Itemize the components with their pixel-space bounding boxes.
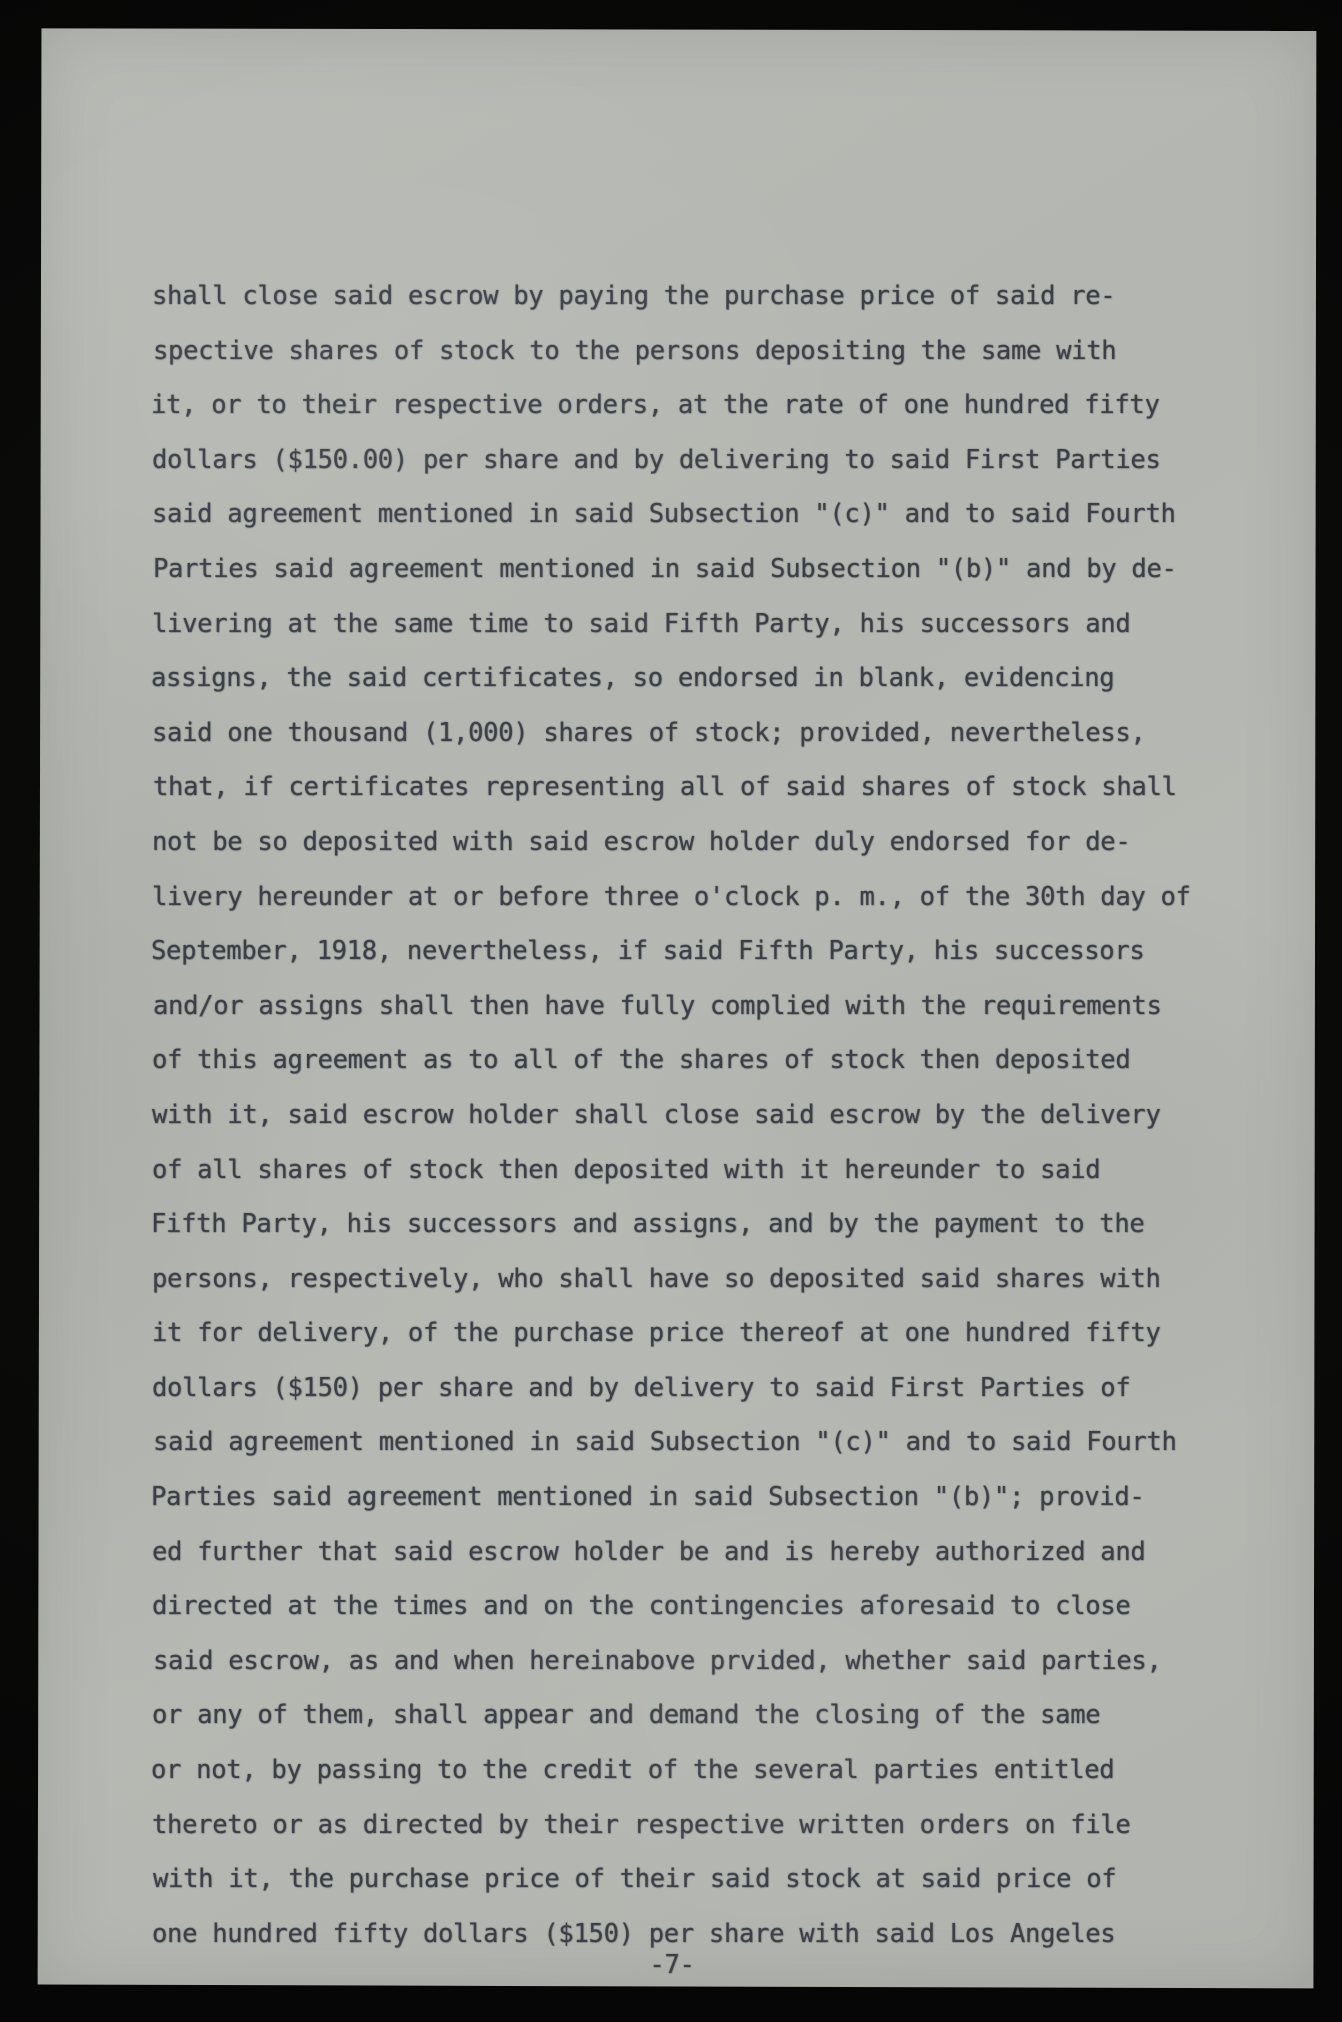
text-line: dollars ($150.00) per share and by deliv… (152, 433, 1247, 488)
text-line: persons, respectively, who shall have so… (152, 1252, 1247, 1307)
text-line: directed at the times and on the conting… (152, 1579, 1247, 1634)
text-line: not be so deposited with said escrow hol… (152, 815, 1247, 870)
text-line: said escrow, as and when hereinabove prv… (153, 1634, 1248, 1689)
text-line: of this agreement as to all of the share… (152, 1033, 1247, 1088)
text-line: or not, by passing to the credit of the … (151, 1743, 1246, 1798)
text-line: dollars ($150) per share and by delivery… (152, 1361, 1247, 1416)
text-line: said agreement mentioned in said Subsect… (153, 1415, 1248, 1470)
text-line: with it, said escrow holder shall close … (152, 1088, 1247, 1143)
text-line: with it, the purchase price of their sai… (153, 1852, 1248, 1907)
text-line: Fifth Party, his successors and assigns,… (151, 1197, 1246, 1252)
text-line: of all shares of stock then deposited wi… (152, 1143, 1247, 1198)
text-line: shall close said escrow by paying the pu… (152, 269, 1247, 324)
text-line: and/or assigns shall then have fully com… (153, 979, 1248, 1034)
text-line: spective shares of stock to the persons … (153, 324, 1248, 379)
document-page: shall close said escrow by paying the pu… (37, 26, 1317, 1990)
text-line: that, if certificates representing all o… (153, 760, 1248, 815)
text-line: Parties said agreement mentioned in said… (151, 1470, 1246, 1525)
document-text: shall close said escrow by paying the pu… (152, 269, 1247, 1961)
text-line: said agreement mentioned in said Subsect… (152, 487, 1247, 542)
page-number: -7- (152, 1938, 1192, 1993)
text-line: assigns, the said certificates, so endor… (151, 651, 1246, 706)
text-line: livery hereunder at or before three o'cl… (152, 870, 1247, 925)
text-line: ed further that said escrow holder be an… (152, 1525, 1247, 1580)
text-line: September, 1918, nevertheless, if said F… (151, 924, 1246, 979)
text-line: said one thousand (1,000) shares of stoc… (152, 706, 1247, 761)
text-line: Parties said agreement mentioned in said… (153, 542, 1248, 597)
text-line: it, or to their respective orders, at th… (151, 378, 1246, 433)
text-line: it for delivery, of the purchase price t… (152, 1306, 1247, 1361)
text-line: or any of them, shall appear and demand … (152, 1688, 1247, 1743)
text-line: thereto or as directed by their respecti… (152, 1798, 1247, 1853)
text-line: livering at the same time to said Fifth … (152, 597, 1247, 652)
